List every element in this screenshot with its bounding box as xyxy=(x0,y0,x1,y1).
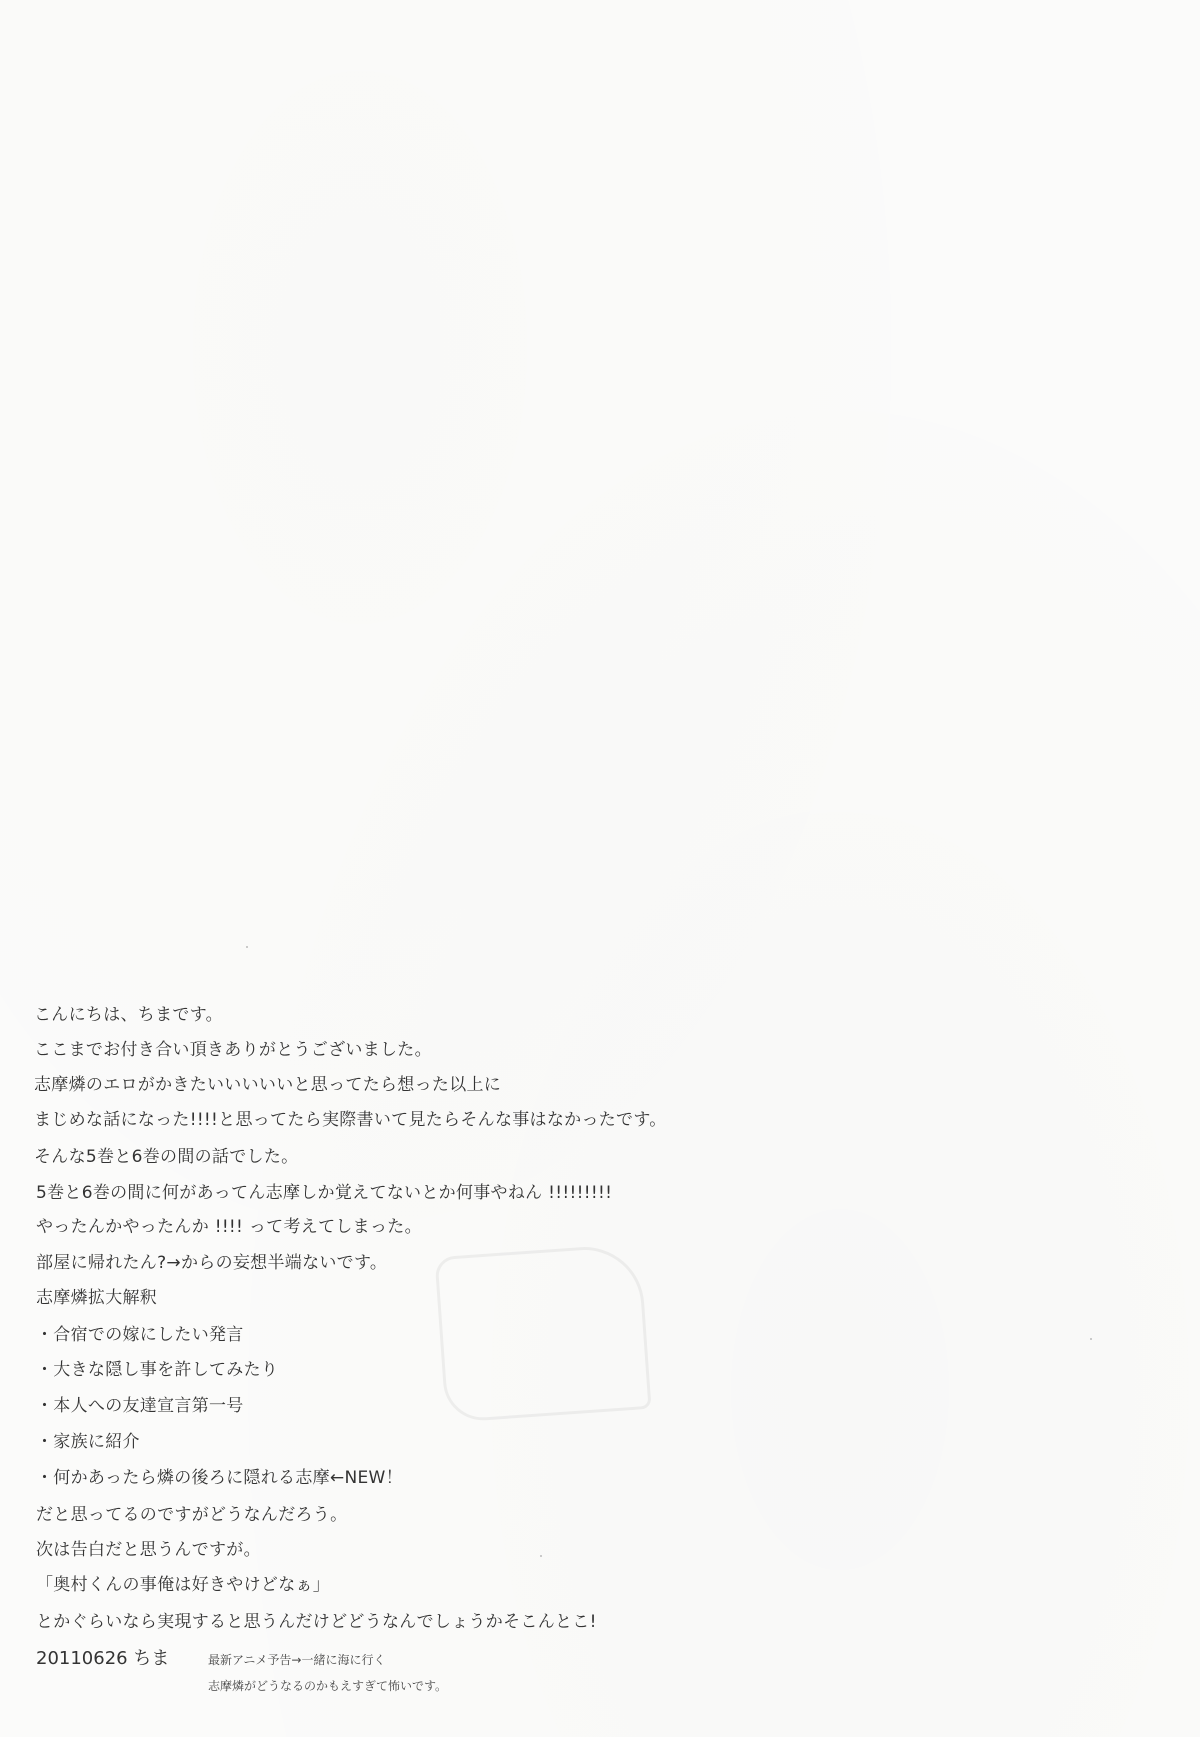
afterword-quote: 「奥村くんの事俺は好きやけどなぁ」 xyxy=(36,1574,330,1596)
afterword-line: そんな5巻と6巻の間の話でした。 xyxy=(34,1146,298,1168)
paper-speck xyxy=(246,946,248,948)
bullet-item: ・家族に紹介 xyxy=(36,1431,140,1453)
afterword-line: とかぐらいなら実現すると思うんだけどどうなんでしょうかそこんとこ! xyxy=(36,1611,597,1633)
signature-date: 20110626 ちま xyxy=(36,1648,169,1670)
footnote-line: 最新アニメ予告→一緒に海に行く xyxy=(208,1652,385,1668)
afterword-line: 次は告白だと思うんですが。 xyxy=(36,1539,261,1561)
afterword-line: 部屋に帰れたん?→からの妄想半端ないです。 xyxy=(36,1252,387,1274)
paper-speck xyxy=(1090,1338,1092,1340)
afterword-line: 志摩燐のエロがかきたいいいいいと思ってたら想った以上に xyxy=(34,1074,501,1096)
bullet-item: ・合宿での嫁にしたい発言 xyxy=(36,1324,244,1346)
afterword-line: やったんかやったんか !!!! って考えてしまった。 xyxy=(36,1216,422,1238)
footnote-line: 志摩燐がどうなるのかもえすぎて怖いです。 xyxy=(208,1678,447,1694)
scanned-page: こんにちは、ちまです。 ここまでお付き合い頂きありがとうございました。 志摩燐の… xyxy=(0,0,1200,1737)
afterword-line-greeting: こんにちは、ちまです。 xyxy=(34,1004,223,1026)
bullet-item: ・大きな隠し事を許してみたり xyxy=(36,1359,278,1381)
paper-speck xyxy=(540,1555,542,1557)
afterword-line-thanks: ここまでお付き合い頂きありがとうございました。 xyxy=(34,1039,432,1061)
afterword-section-heading: 志摩燐拡大解釈 xyxy=(36,1287,157,1309)
afterword-line: まじめな話になった!!!!と思ってたら実際書いて見たらそんな事はなかったです。 xyxy=(34,1109,667,1131)
bullet-item: ・何かあったら燐の後ろに隠れる志摩←NEW！ xyxy=(36,1467,403,1489)
bullet-item: ・本人への友達宣言第一号 xyxy=(36,1395,244,1417)
afterword-line: だと思ってるのですがどうなんだろう。 xyxy=(36,1504,347,1526)
afterword-line: 5巻と6巻の間に何があってん志摩しか覚えてないとか何事やねん !!!!!!!!! xyxy=(36,1182,612,1204)
show-through-artifact xyxy=(434,1243,651,1423)
